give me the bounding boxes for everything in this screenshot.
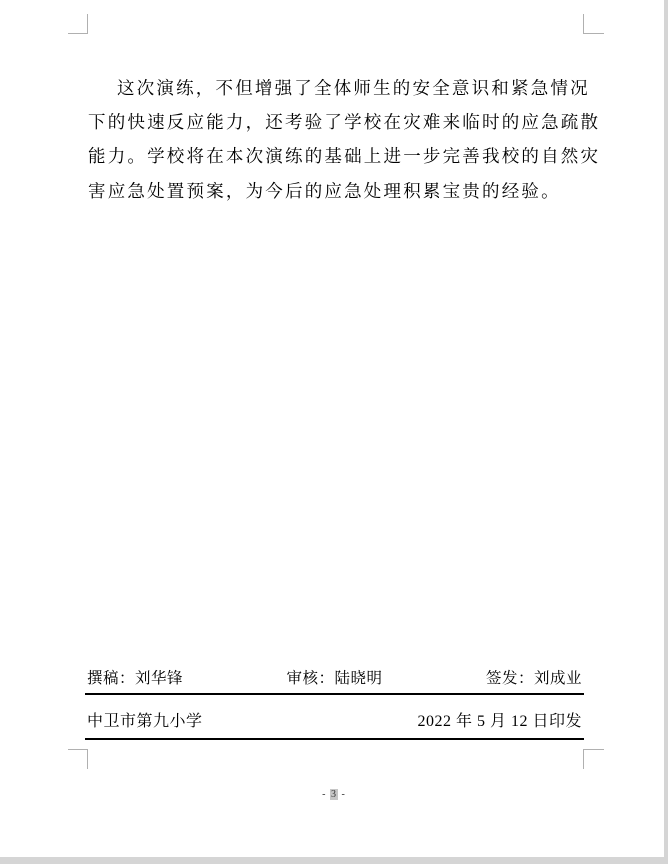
body-paragraph: 这次演练，不但增强了全体师生的安全意识和紧急情况 下的快速反应能力，还考验了学校…: [88, 71, 595, 208]
paragraph-line-3: 能力。学校将在本次演练的基础上进一步完善我校的自然灾: [88, 139, 595, 173]
crop-mark-top-right: [583, 14, 604, 34]
document-record-block: 撰稿：刘华锋 审核：陆晓明 签发：刘成业 中卫市第九小学 2022 年 5 月 …: [85, 662, 584, 740]
page-number-field: 3: [330, 789, 338, 800]
print-date: 2022 年 5 月 12 日印发: [417, 708, 582, 731]
paragraph-line-2: 下的快速反应能力，还考验了学校在灾难来临时的应急疏散: [88, 105, 595, 139]
drafter-label: 撰稿：刘华锋: [87, 666, 183, 688]
reviewer-label: 审核：陆晓明: [286, 666, 382, 688]
record-row-signatures: 撰稿：刘华锋 审核：陆晓明 签发：刘成业: [85, 662, 584, 695]
record-row-issuing: 中卫市第九小学 2022 年 5 月 12 日印发: [85, 695, 584, 740]
page-edge-right: [664, 0, 668, 864]
page-number: - 3 -: [0, 789, 668, 800]
page-number-suffix: -: [338, 789, 346, 800]
paragraph-line-4: 害应急处置预案，为今后的应急处理积累宝贵的经验。: [88, 174, 595, 208]
organization-name: 中卫市第九小学: [87, 708, 203, 731]
document-page: 这次演练，不但增强了全体师生的安全意识和紧急情况 下的快速反应能力，还考验了学校…: [0, 0, 668, 864]
issuer-label: 签发：刘成业: [486, 666, 582, 688]
page-number-prefix: -: [322, 789, 330, 800]
crop-mark-bottom-left: [68, 749, 88, 769]
crop-mark-top-left: [68, 14, 88, 34]
page-edge-bottom: [0, 857, 668, 864]
paragraph-line-1: 这次演练，不但增强了全体师生的安全意识和紧急情况: [88, 71, 595, 105]
crop-mark-bottom-right: [583, 749, 604, 769]
